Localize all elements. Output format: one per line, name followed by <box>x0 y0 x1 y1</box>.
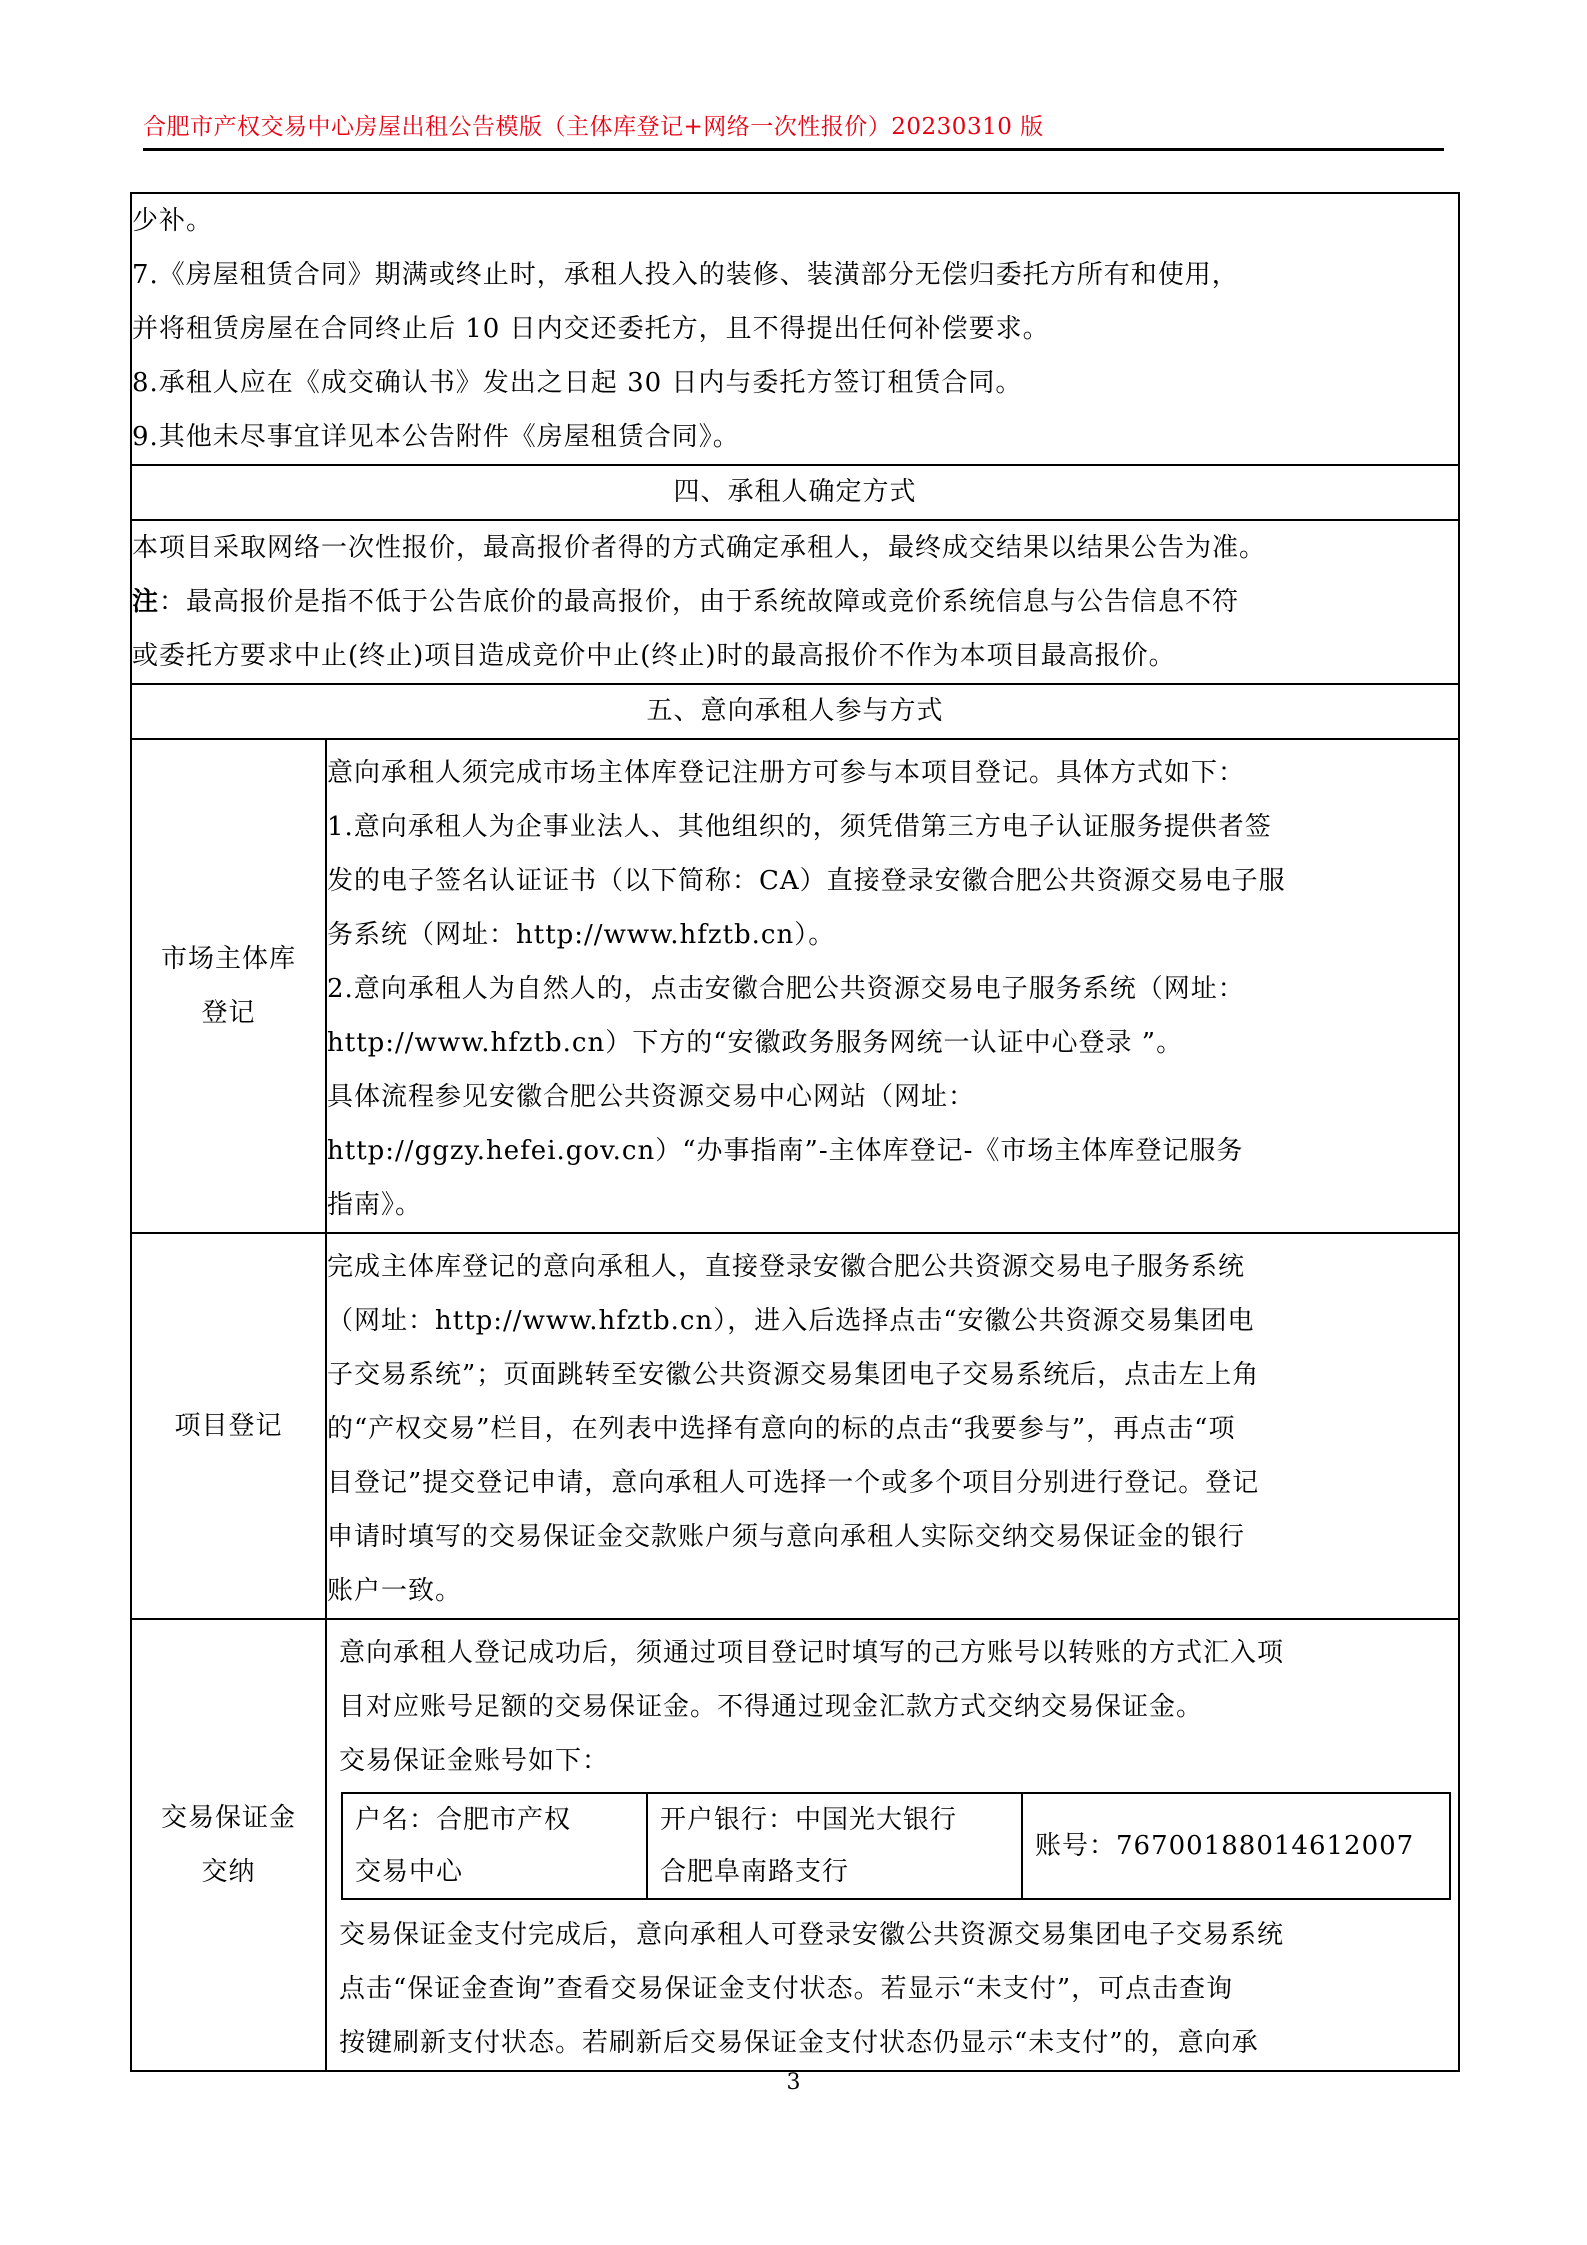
header-divider <box>143 148 1444 151</box>
text-line: 目对应账号足额的交易保证金。不得通过现金汇款方式交纳交易保证金。 <box>339 1680 1446 1734</box>
bank-name-cell: 开户银行：中国光大银行 合肥阜南路支行 <box>647 1793 1022 1899</box>
section4-body-cell: 本项目采取网络一次性报价，最高报价者得的方式确定承租人，最终成交结果以结果公告为… <box>131 520 1459 684</box>
deposit-payment-row: 交易保证金 交纳 意向承租人登记成功后，须通过项目登记时填写的己方账号以转账的方… <box>131 1619 1459 2071</box>
label-line: 交纳 <box>132 1845 325 1899</box>
text-line: 账户一致。 <box>327 1564 1458 1618</box>
account-name-cell: 户名：合肥市产权 交易中心 <box>342 1793 647 1899</box>
row-label-project-registration: 项目登记 <box>131 1233 326 1619</box>
row-label-deposit-payment: 交易保证金 交纳 <box>131 1619 326 2071</box>
text-line: 意向承租人须完成市场主体库登记注册方可参与本项目登记。具体方式如下： <box>327 746 1458 800</box>
text-line: 9.其他未尽事宜详见本公告附件《房屋租赁合同》。 <box>132 410 1458 464</box>
page-number: 3 <box>0 2070 1587 2095</box>
text-line: 完成主体库登记的意向承租人，直接登录安徽合肥公共资源交易电子服务系统 <box>327 1240 1458 1294</box>
section5-title: 五、意向承租人参与方式 <box>131 684 1459 739</box>
label-line: 项目登记 <box>132 1399 325 1453</box>
deposit-payment-content: 意向承租人登记成功后，须通过项目登记时填写的己方账号以转账的方式汇入项 目对应账… <box>326 1619 1459 2071</box>
text-line: 意向承租人登记成功后，须通过项目登记时填写的己方账号以转账的方式汇入项 <box>339 1626 1446 1680</box>
text-line: 交易保证金支付完成后，意向承租人可登录安徽公共资源交易集团电子交易系统 <box>339 1908 1446 1962</box>
note-label: 注 <box>132 587 159 617</box>
market-registration-content: 意向承租人须完成市场主体库登记注册方可参与本项目登记。具体方式如下： 1.意向承… <box>326 739 1459 1233</box>
text-line: 本项目采取网络一次性报价，最高报价者得的方式确定承租人，最终成交结果以结果公告为… <box>132 521 1458 575</box>
text-line: 7.《房屋租赁合同》期满或终止时，承租人投入的装修、装潢部分无偿归委托方所有和使… <box>132 248 1458 302</box>
note-line: 注：最高报价是指不低于公告底价的最高报价，由于系统故障或竞价系统信息与公告信息不… <box>132 575 1458 629</box>
text-line: 具体流程参见安徽合肥公共资源交易中心网站（网址： <box>327 1070 1458 1124</box>
account-name-line: 户名：合肥市产权 <box>355 1794 634 1846</box>
note-text: ：最高报价是指不低于公告底价的最高报价，由于系统故障或竞价系统信息与公告信息不符 <box>159 587 1239 617</box>
label-line: 市场主体库 <box>132 932 325 986</box>
market-registration-row: 市场主体库 登记 意向承租人须完成市场主体库登记注册方可参与本项目登记。具体方式… <box>131 739 1459 1233</box>
section5-title-row: 五、意向承租人参与方式 <box>131 684 1459 739</box>
text-line: 1.意向承租人为企事业法人、其他组织的，须凭借第三方电子认证服务提供者签 <box>327 800 1458 854</box>
text-line: http://www.hfztb.cn）下方的“安徽政务服务网统一认证中心登录 … <box>327 1016 1458 1070</box>
text-line: 务系统（网址：http://www.hfztb.cn）。 <box>327 908 1458 962</box>
account-number-cell: 账号：76700188014612007 <box>1022 1793 1450 1899</box>
announcement-table: 少补。 7.《房屋租赁合同》期满或终止时，承租人投入的装修、装潢部分无偿归委托方… <box>130 192 1460 2072</box>
bank-name-line: 合肥阜南路支行 <box>660 1846 1009 1898</box>
text-line: 交易保证金账号如下： <box>339 1734 1446 1788</box>
bank-account-table: 户名：合肥市产权 交易中心 开户银行：中国光大银行 合肥阜南路支行 账号：767… <box>341 1792 1451 1900</box>
section3-continued-row: 少补。 7.《房屋租赁合同》期满或终止时，承租人投入的装修、装潢部分无偿归委托方… <box>131 193 1459 465</box>
text-line: 2.意向承租人为自然人的，点击安徽合肥公共资源交易电子服务系统（网址： <box>327 962 1458 1016</box>
text-line: （网址：http://www.hfztb.cn），进入后选择点击“安徽公共资源交… <box>327 1294 1458 1348</box>
label-line: 登记 <box>132 986 325 1040</box>
text-line: 的“产权交易”栏目，在列表中选择有意向的标的点击“我要参与”，再点击“项 <box>327 1402 1458 1456</box>
section3-continued-cell: 少补。 7.《房屋租赁合同》期满或终止时，承租人投入的装修、装潢部分无偿归委托方… <box>131 193 1459 465</box>
text-line: 少补。 <box>132 194 1458 248</box>
project-registration-content: 完成主体库登记的意向承租人，直接登录安徽合肥公共资源交易电子服务系统 （网址：h… <box>326 1233 1459 1619</box>
project-registration-row: 项目登记 完成主体库登记的意向承租人，直接登录安徽合肥公共资源交易电子服务系统 … <box>131 1233 1459 1619</box>
text-line: 8.承租人应在《成交确认书》发出之日起 30 日内与委托方签订租赁合同。 <box>132 356 1458 410</box>
text-line: 按键刷新支付状态。若刷新后交易保证金支付状态仍显示“未支付”的，意向承 <box>339 2016 1446 2070</box>
text-line: 并将租赁房屋在合同终止后 10 日内交还委托方，且不得提出任何补偿要求。 <box>132 302 1458 356</box>
text-line: 发的电子签名认证证书（以下简称：CA）直接登录安徽合肥公共资源交易电子服 <box>327 854 1458 908</box>
text-line: http://ggzy.hefei.gov.cn）“办事指南”-主体库登记-《市… <box>327 1124 1458 1178</box>
bank-name-line: 开户银行：中国光大银行 <box>660 1794 1009 1846</box>
text-line: 目登记”提交登记申请，意向承租人可选择一个或多个项目分别进行登记。登记 <box>327 1456 1458 1510</box>
text-line: 子交易系统”；页面跳转至安徽公共资源交易集团电子交易系统后，点击左上角 <box>327 1348 1458 1402</box>
text-line: 申请时填写的交易保证金交款账户须与意向承租人实际交纳交易保证金的银行 <box>327 1510 1458 1564</box>
document-header-title: 合肥市产权交易中心房屋出租公告模版（主体库登记+网络一次性报价）20230310… <box>143 108 1444 141</box>
section4-body-row: 本项目采取网络一次性报价，最高报价者得的方式确定承租人，最终成交结果以结果公告为… <box>131 520 1459 684</box>
text-line: 指南》。 <box>327 1178 1458 1232</box>
text-line: 或委托方要求中止(终止)项目造成竞价中止(终止)时的最高报价不作为本项目最高报价… <box>132 629 1458 683</box>
section4-title-row: 四、承租人确定方式 <box>131 465 1459 520</box>
text-line: 点击“保证金查询”查看交易保证金支付状态。若显示“未支付”，可点击查询 <box>339 1962 1446 2016</box>
label-line: 交易保证金 <box>132 1791 325 1845</box>
row-label-market-registration: 市场主体库 登记 <box>131 739 326 1233</box>
account-name-line: 交易中心 <box>355 1846 634 1898</box>
section4-title: 四、承租人确定方式 <box>131 465 1459 520</box>
